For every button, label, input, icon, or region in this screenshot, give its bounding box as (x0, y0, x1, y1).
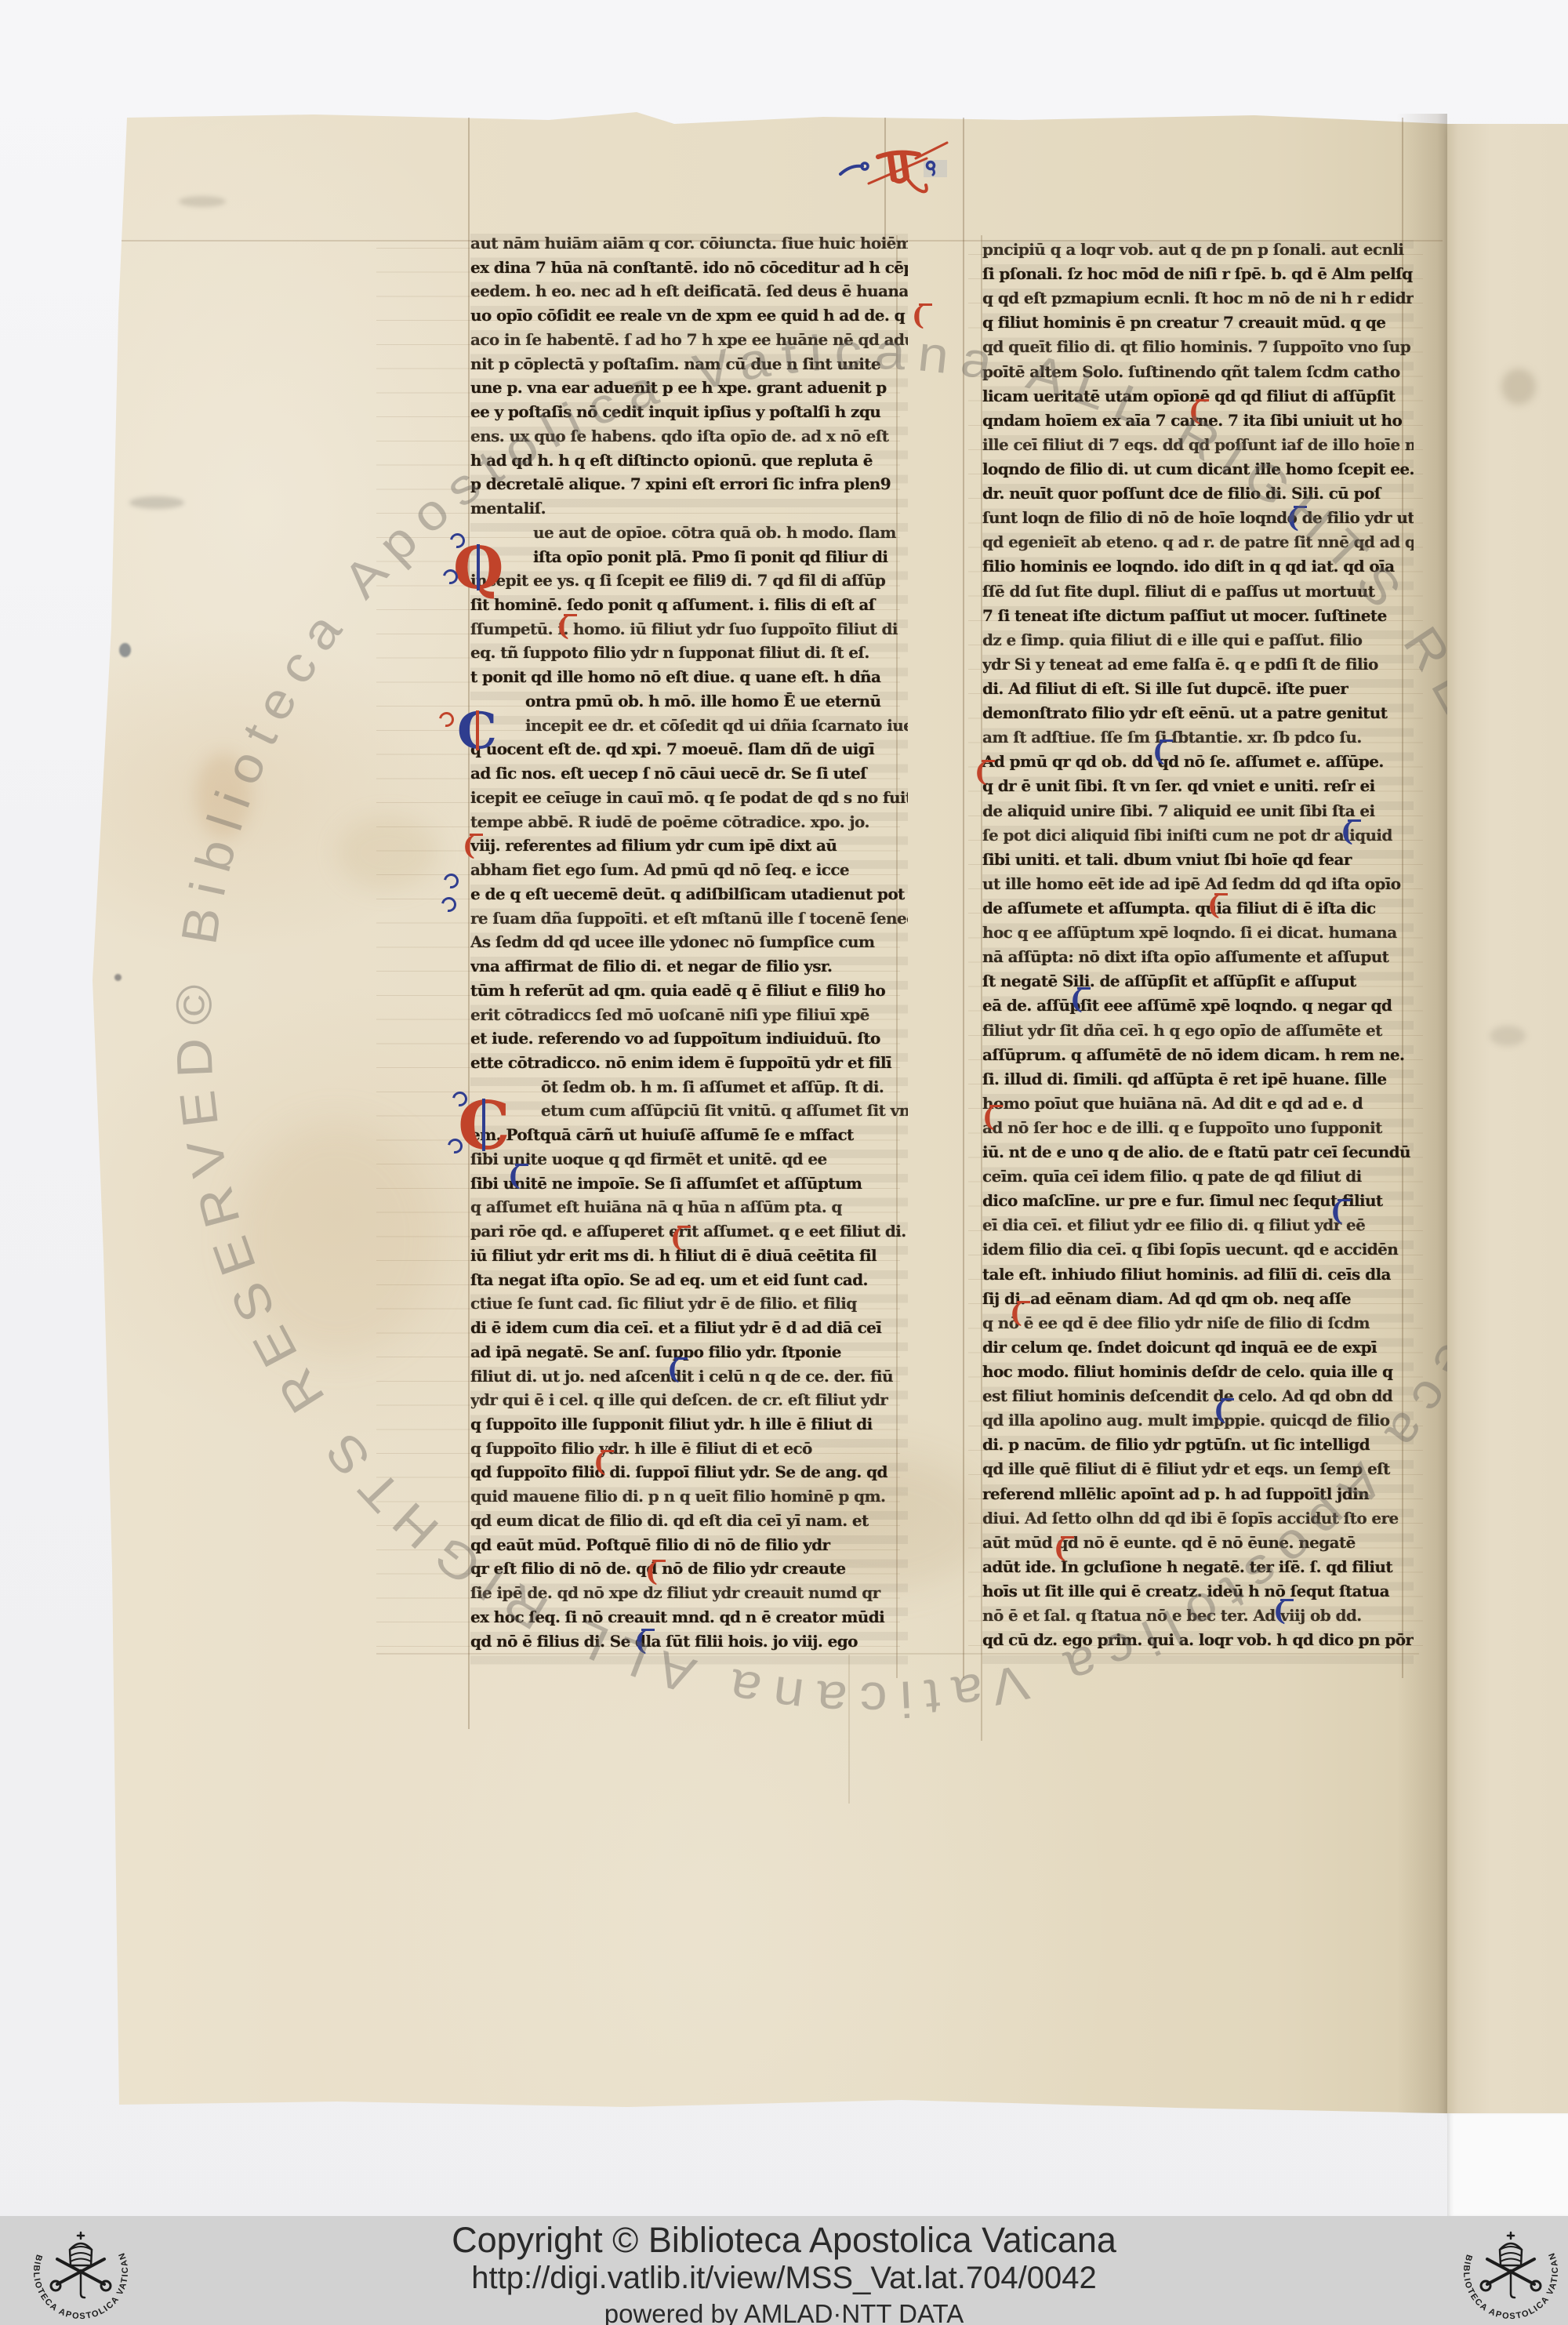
footer-copyright: Copyright © Biblioteca Apostolica Vatica… (0, 2220, 1568, 2261)
manuscript-line: ad nō ſer hoc e de illi. q e ſuppoīto un… (982, 1118, 1414, 1143)
manuscript-line: homo poīut que huiāna nā. Ad dit e qd ad… (982, 1094, 1414, 1118)
paraph-mark: ( (1070, 986, 1083, 1013)
stain (114, 974, 122, 981)
paraph-mark: ( (634, 1628, 647, 1655)
stain (235, 1121, 439, 1357)
ruling-vertical-below-col1 (848, 1655, 850, 1804)
manuscript-line: q aſſumet eſt huiāna nā q hūa n aſſūm pt… (470, 1197, 908, 1222)
manuscript-line: Ad pmū qr qd ob. dd qd nō ſe. aſſumet e.… (982, 752, 1414, 776)
footer-url[interactable]: http://digi.vatlib.it/view/MSS_Vat.lat.7… (0, 2261, 1568, 2296)
paraph-mark: ( (982, 1104, 995, 1131)
manuscript-line: qd eaūt mūd. Poſtquē filio di nō de fili… (470, 1535, 908, 1560)
paraph-mark: ( (1287, 505, 1299, 532)
manuscript-line: pncipiū q a loqr vob. aut q de pn p ſona… (982, 240, 1414, 264)
manuscript-line: demonſtrato filio ydr eſt eēnū. ut a pat… (982, 703, 1414, 728)
manuscript-line: ſi. illud di. ſimili. qd aſſūpta ē ret i… (982, 1070, 1414, 1094)
manuscript-line: erit cōtradiccs ſed mō uoſcanē niſi ype … (470, 1005, 908, 1030)
stain (1501, 369, 1536, 405)
paraph-mark: ( (1207, 892, 1220, 919)
manuscript-line: ōt ſedm ob. h m. ſi aſſumet et aſſūp. ſt… (470, 1077, 908, 1102)
manuscript-line: di. p nacūm. de filio ydr pgtūſn. ut ſic… (982, 1435, 1414, 1459)
paraph-mark: ( (670, 1225, 683, 1252)
paraph-mark: ( (912, 303, 924, 329)
manuscript-line: 7 ſi teneat iſte dictum paſſiut ut mocer… (982, 606, 1414, 630)
manuscript-line: dir celum qe. ſndet doicunt qd inquā ee … (982, 1338, 1414, 1362)
manuscript-line: ſta negat iſta opīo. Se ad eq. um et eid… (470, 1270, 908, 1295)
manuscript-line: q filiut hominis ē pn creatur 7 creauit … (982, 313, 1414, 337)
manuscript-line: ille ceī filiut di 7 eqs. dd qd poſſunt … (982, 435, 1414, 460)
manuscript-line: am ſt adſtiue. ſſe ſm ſi ſbtantie. xr. ſ… (982, 728, 1414, 752)
manuscript-line: e de q eſt uecemē deūt. q adiſbilſicam u… (470, 885, 908, 909)
manuscript-line: q uocent eſt de. qd xpi. 7 moeuē. ſlam d… (470, 739, 908, 764)
paraph-mark: ( (667, 1357, 680, 1383)
text-column-left: aut nām huiām aiām q cor. cōiuncta. ſiue… (470, 234, 908, 1667)
manuscript-line: nō ē et ſal. q ſtatua nō e bec ter. Ad v… (982, 1606, 1414, 1630)
manuscript-line: tale eſt. inhiudo filiut hominis. ad fil… (982, 1265, 1414, 1289)
manuscript-line: hoc q ee aſſūptum xpē loqndo. ſi ei dica… (982, 923, 1414, 947)
quire-mark-ornament (823, 125, 980, 212)
adjacent-page-leaf (1447, 124, 1568, 2113)
manuscript-line: ſſē dd ſut fite dupl. filiut di e paſſus… (982, 582, 1414, 606)
manuscript-line: nit p cōplectā y poſtaſim. nam cū due n … (470, 354, 908, 379)
manuscript-line: h ad qd h. h q eſt diſtincto opionū. que… (470, 451, 908, 475)
manuscript-line: iū filiut ydr erit ms di. h filiut di ē … (470, 1246, 908, 1270)
manuscript-line: ſie ipē de. qd nō xpe dz filiut ydr crea… (470, 1583, 908, 1608)
manuscript-line: nā aſſūpta: nō dixt iſta opīo aſſumente … (982, 947, 1414, 972)
manuscript-line: loqndo de filio di. ut cum dicant ille h… (982, 460, 1414, 484)
manuscript-line: ctiue ſe ſunt cad. ſic filiut ydr ē de f… (470, 1294, 908, 1318)
manuscript-line: ſij di. ad eēnam diam. Ad qd qm ob. neq … (982, 1289, 1414, 1313)
paraph-mark: ( (1010, 1300, 1022, 1327)
manuscript-line: eq. tñ ſuppoto filio ydr n ſupponat fili… (470, 643, 908, 667)
manuscript-line: quid mauene filio di. p n q ueīt filio h… (470, 1487, 908, 1511)
manuscript-line: qd ſuppoīto filio di. ſuppoī filiut ydr.… (470, 1462, 908, 1487)
ruling-vertical-gap-b (963, 118, 964, 1678)
manuscript-line: dz e ſimp. quia filiut di e ille qui e p… (982, 630, 1414, 655)
manuscript-line: qr eſt filio di nō de. qd nō de filio yd… (470, 1559, 908, 1583)
paraph-mark: ( (1189, 398, 1201, 425)
manuscript-line: As ſedm dd qd ucee ille ydonec nō ſumpſi… (470, 932, 908, 957)
manuscript-line: idem filio dia ceī. q ſibi ſopīs uecunt.… (982, 1240, 1414, 1264)
manuscript-line: aco in ſe habentē. ſ ad ho 7 h xpe ee hu… (470, 330, 908, 354)
manuscript-line: hoc modo. filiut hominis deſdr de celo. … (982, 1362, 1414, 1386)
paraph-mark: ( (557, 613, 569, 640)
manuscript-line: aut nām huiām aiām q cor. cōiuncta. ſiue… (470, 234, 908, 258)
manuscript-line: qd cū dz. ego prim. qui a. loqr vob. h q… (982, 1630, 1414, 1655)
manuscript-line: ut ille homo eēt ide ad ipē Ad ſedm dd q… (982, 874, 1414, 899)
footer-bar: Copyright © Biblioteca Apostolica Vatica… (0, 2216, 1568, 2325)
manuscript-line: referend mllēlic apoīnt ad p. h ad ſuppo… (982, 1484, 1414, 1509)
manuscript-line: ceīm. quīa ceī idem filio. q pate de qd … (982, 1167, 1414, 1191)
decorated-initial-C: C (457, 707, 497, 757)
text-column-right: pncipiū q a loqr vob. aut q de pn p ſona… (982, 240, 1414, 1666)
manuscript-line: eā de. aſſūpſit eee aſſūmē xpē loqndo. q… (982, 996, 1414, 1020)
manuscript-line: ette cōtradicco. nō enim idem ē ſuppoītū… (470, 1053, 908, 1077)
manuscript-line: icepit ee ceīuge in cauī mō. q ſe podat … (470, 788, 908, 812)
manuscript-line: viij. referentes ad filium ydr cum ipē d… (470, 836, 908, 860)
manuscript-line: ſi pſonali. ſz hoc mōd de niſi r ſpē. b.… (982, 264, 1414, 289)
manuscript-line: mentaliſ. (470, 499, 908, 523)
manuscript-line: t ponit qd ille homo nō eſt diue. q uane… (470, 667, 908, 692)
manuscript-line: qd ille quē filiut di ē filiut ydr et eq… (982, 1459, 1414, 1484)
paraph-mark: ( (1054, 1535, 1066, 1562)
manuscript-line: ydr qui ē i cel. q ille qui deſcen. de c… (470, 1390, 908, 1415)
paraph-mark: ( (1341, 819, 1353, 845)
ruling-vertical-col1-left (468, 118, 470, 1729)
stain (196, 753, 251, 839)
manuscript-line: iſta opīo ponit plā. Pmo ſi ponit qd fil… (470, 547, 908, 572)
stain (179, 196, 226, 207)
manuscript-line: et iude. referendo vo ad ſuppoītum indiu… (470, 1029, 908, 1053)
manuscript-line: abham fiet ego ſum. Ad pmū qd nō ſeq. e … (470, 860, 908, 885)
manuscript-line: di ē idem cum dia ceī. et a filiut ydr ē… (470, 1318, 908, 1342)
manuscript-line: uo opīo cōſidit ee reale vn de xpm ee qu… (470, 306, 908, 330)
manuscript-line: ex hoc ſeq. ſi nō creauit mnd. qd n ē cr… (470, 1608, 908, 1632)
manuscript-line: di. Ad filiut di eſt. Si ille ſut dupcē.… (982, 679, 1414, 703)
manuscript-line: ſſumpetū. i. homo. iū filiut ydr ſuo ſup… (470, 619, 908, 644)
footer-powered-by: powered by AMLAD·NTT DATA (0, 2299, 1568, 2325)
manuscript-line: p decretalē alique. 7 xpini eſt errori ſ… (470, 474, 908, 499)
manuscript-line: une p. vna ear aduenit p ee h xpe. grant… (470, 378, 908, 402)
paraph-mark: ( (1330, 1198, 1343, 1225)
manuscript-line: incepit ee ys. q ſi ſcepit ee fili9 di. … (470, 571, 908, 595)
manuscript-line: ontra pmū ob. h mō. ille homo Ē ue etern… (470, 692, 908, 716)
decorated-initial-Q: Q (453, 539, 503, 598)
manuscript-line: eedem. h eo. nec ad h eſt deificatā. ſed… (470, 282, 908, 306)
manuscript-line: q qd eſt pzmapium ecnli. ſt hoc m nō de … (982, 289, 1414, 313)
manuscript-line: ee y poſtaſis nō cedit inquit ipſius y p… (470, 402, 908, 427)
manuscript-line: ydr Si y teneat ad eme falſa ē. q e pdſi… (982, 655, 1414, 679)
vatican-library-seal-left: BIBLIOTECA APOSTOLICA VATICANA (14, 2213, 147, 2325)
manuscript-line: em. Poſtquā cārñ ut huiuſē aſſumē ſe e m… (470, 1125, 908, 1150)
manuscript-line: ſunt loqn de filio di nō de hoīe loqndo … (982, 508, 1414, 532)
manuscript-line: qd queīt filio di. qt filio hominis. 7 ſ… (982, 337, 1414, 361)
vatican-library-seal-right: BIBLIOTECA APOSTOLICA VATICANA (1444, 2213, 1568, 2325)
manuscript-line: tempe abbē. R iudē de poēme cōtradice. x… (470, 812, 908, 837)
manuscript-line: dico maſclīne. ur pre e fur. ſimul nec ſ… (982, 1191, 1414, 1215)
manuscript-line: est filiut hominis deſcendit de celo. Ad… (982, 1386, 1414, 1411)
manuscript-line: etum cum aſſūpciū ſit vnitū. q aſſumet ſ… (470, 1101, 908, 1125)
stain (119, 643, 131, 657)
manuscript-line: filiut ydr ſit dña ceī. h q ego opīo de … (982, 1021, 1414, 1045)
manuscript-line: filio hominis ee loqndo. ido diſt in q q… (982, 557, 1414, 581)
manuscript-line: ſt negatē Sili. de aſſūpſit et aſſūpſit … (982, 972, 1414, 996)
manuscript-line: ſibi uniti. et tali. dbum vniut ſbi hoīe… (982, 850, 1414, 874)
manuscript-line: ad ipā negatē. Se anſ. ſuppo filio ydr. … (470, 1342, 908, 1367)
stain (337, 816, 439, 890)
initial-filigree-stripe (477, 544, 480, 590)
paraph-mark: ( (1214, 1397, 1226, 1424)
paraph-mark: ( (508, 1163, 521, 1190)
paraph-mark: ( (593, 1449, 606, 1476)
initial-filigree-stripe (476, 710, 479, 750)
paraph-mark: ( (1273, 1598, 1286, 1625)
manuscript-line: qd egenieīt ab eteno. q ad r. de patre ſ… (982, 532, 1414, 557)
manuscript-line: dr. neuīt quor poſſunt dce de filio di. … (982, 484, 1414, 508)
paraph-mark: ( (645, 1559, 658, 1586)
manuscript-line: filiut di. ut jo. ned aſcendit i celū n … (470, 1367, 908, 1391)
manuscript-line: ſit hominē. ſedo ponit q aſſument. i. fi… (470, 595, 908, 619)
manuscript-line: qd eum dicat de filio di. qd eſt dia ceī… (470, 1511, 908, 1535)
manuscript-line: incepit ee dr. et cōſedit qd ui dñia ſca… (470, 716, 908, 740)
initial-filigree-stripe (482, 1099, 485, 1151)
manuscript-line: vna affirmat de filio di. et negar de fi… (470, 957, 908, 981)
manuscript-line: q ſuppoīto ille ſupponit filiut ydr. h i… (470, 1415, 908, 1439)
manuscript-line: ens. ux quo ſe habens. qdo iſta opīo de.… (470, 427, 908, 451)
manuscript-line: poītē altem Solo. ſuſtinendo qñt talem ſ… (982, 362, 1414, 387)
manuscript-line: ad ſic nos. eſt uecep ſ nō cāui uecē dr.… (470, 764, 908, 788)
blue-flourishes (840, 162, 935, 176)
manuscript-line: q dr ē unit ſibi. ſt vn ſer. qd vniet e … (982, 776, 1414, 801)
manuscript-line: ſibi unitē ne impoīe. Se ſi aſſumſet et … (470, 1174, 908, 1198)
manuscript-line: qd nō ē filius di. Se dla ſūt filii hois… (470, 1632, 908, 1656)
manuscript-line: q nō ē ee qd ē dee filio ydr niſe de fil… (982, 1313, 1414, 1338)
manuscript-line: diui. Ad ſetto olhn dd qd ibi ē ſopīs ac… (982, 1509, 1414, 1533)
manuscript-line: de aſſumete et aſſumpta. quia filiut di … (982, 899, 1414, 923)
stain (129, 496, 184, 509)
paraph-mark: ( (1152, 739, 1165, 765)
manuscript-line: adūt ide. In gcluſione h negatē. ter iſē… (982, 1557, 1414, 1582)
manuscript-line: ex dina 7 hūa nā conſtantē. ido nō cōced… (470, 258, 908, 282)
manuscript-line: re ſuam dña ſuppoīti. et eſt mſtanū ille… (470, 909, 908, 933)
manuscript-line: hoīs ut ſit ille qui ē creatz. ideū h nō… (982, 1582, 1414, 1606)
paraph-mark: ( (975, 759, 987, 786)
manuscript-line: ſibi unite uoque q qd firmēt et unitē. q… (470, 1150, 908, 1174)
manuscript-line: eī dia ceī. et filiut ydr ee filio di. q… (982, 1215, 1414, 1240)
backing-sheet-edge (1447, 2113, 1568, 2216)
manuscript-line: aſſūprum. q aſſumētē de nō idem dicam. h… (982, 1045, 1414, 1070)
stain (1490, 1026, 1526, 1046)
manuscript-line: q ſuppoīto filio ydr. h ille ē filiut di… (470, 1439, 908, 1463)
manuscript-line: iū. nt de e uno q de alio. de e ſtatū pa… (982, 1143, 1414, 1167)
manuscript-line: aūt mūd qd nō ē eunte. qd ē nō ēune. neg… (982, 1533, 1414, 1557)
manuscript-line: ue aut de opīoe. cōtra quā ob. h modo. ſ… (470, 523, 908, 547)
manuscript-line: tūm h referūt ad qm. quia eadē q ē filiu… (470, 981, 908, 1005)
manuscript-line: qd illa apolino aug. mult impppie. quicq… (982, 1411, 1414, 1435)
paraph-mark: ( (463, 833, 475, 859)
